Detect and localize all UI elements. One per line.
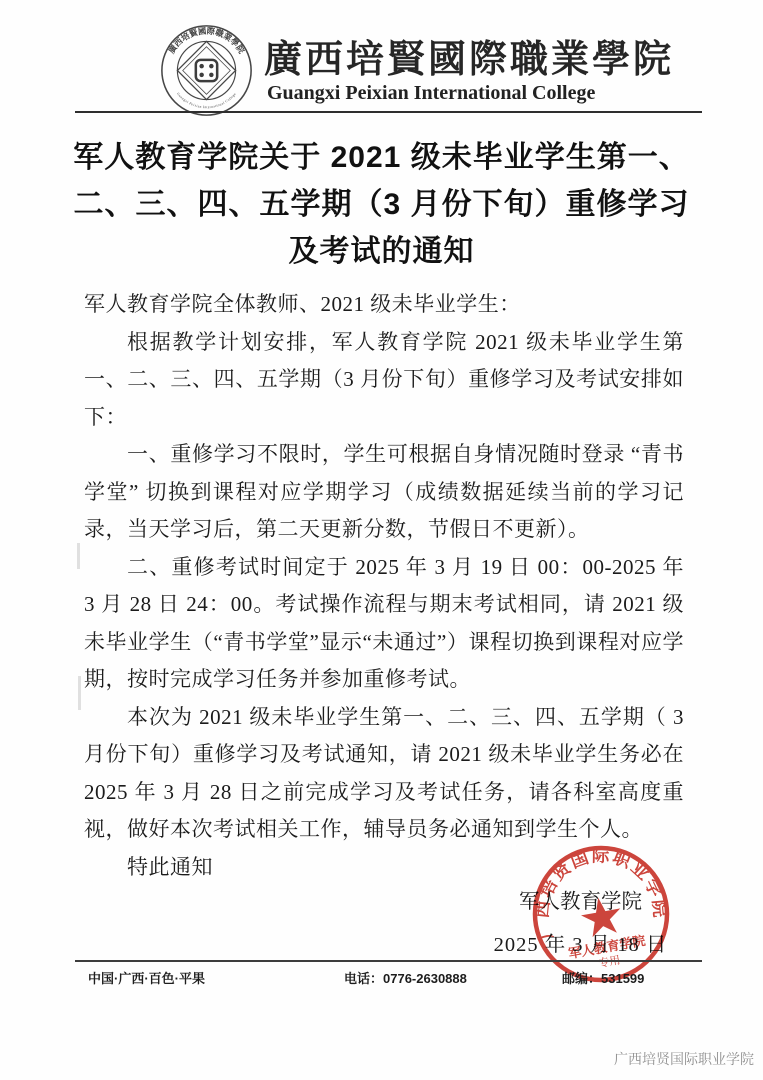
paragraph-summary: 本次为 2021 级未毕业学生第一、二、三、四、五学期（ 3 月份下旬）重修学习… <box>84 699 684 849</box>
scan-artifact <box>78 676 81 710</box>
corner-watermark: 广西培贤国际职业学院 <box>614 1049 754 1069</box>
letterhead-divider <box>75 111 702 113</box>
paragraph-intro: 根据教学计划安排，军人教育学院 2021 级未毕业学生第一、二、三、四、五学期（… <box>84 324 684 437</box>
notice-title-line-2: 二、三、四、五学期（3 月份下旬）重修学习 <box>60 181 703 228</box>
footer-address: 中国·广西·百色·平果 <box>88 968 205 987</box>
notice-body: 军人教育学院全体教师、2021 级未毕业学生： 根据教学计划安排，军人教育学院 … <box>84 286 684 886</box>
college-seal-logo-icon: 廣西培賢國際職業學院 Guangxi Peixian International… <box>158 22 255 119</box>
notice-title-line-3: 及考试的通知 <box>60 228 703 275</box>
footer-phone: 电话：0776-2630888 <box>344 968 467 987</box>
footer-postcode: 邮编：531599 <box>562 968 644 987</box>
scan-artifact <box>77 543 80 569</box>
college-name-chinese: 廣西培賢國際職業學院 <box>264 28 654 83</box>
paragraph-item-1: 一、重修学习不限时，学生可根据自身情况随时登录 “青书学堂” 切换到课程对应学期… <box>84 436 684 549</box>
notice-title-line-1: 军人教育学院关于 2021 级未毕业学生第一、 <box>60 134 703 181</box>
notice-title: 军人教育学院关于 2021 级未毕业学生第一、 二、三、四、五学期（3 月份下旬… <box>60 134 703 275</box>
salutation: 军人教育学院全体教师、2021 级未毕业学生： <box>84 286 684 324</box>
college-name-english: Guangxi Peixian International College <box>267 82 657 105</box>
document-page: 廣西培賢國際職業學院 Guangxi Peixian International… <box>0 0 763 1080</box>
paragraph-item-2: 二、重修考试时间定于 2025 年 3 月 19 日 00：00-2025 年 … <box>84 549 684 699</box>
footer-divider <box>75 960 702 962</box>
